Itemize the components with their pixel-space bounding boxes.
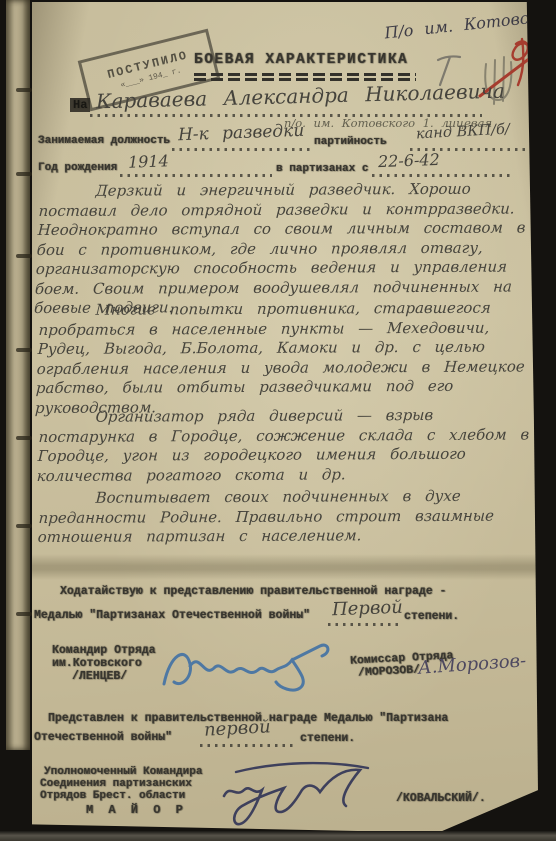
partisan-since-label: в партизанах с	[276, 163, 368, 175]
body-paragraph-3: Организатор ряда диверсий — взрыв постар…	[36, 405, 532, 486]
pencil-red-annotation-marks	[420, 30, 550, 125]
name-prefix: На	[70, 98, 90, 112]
stitch-mark	[16, 524, 32, 528]
birth-year-value: 1914	[128, 151, 169, 171]
stitch-mark	[16, 348, 32, 352]
dotted-line	[328, 623, 400, 626]
body-paragraph-1: Дерзкий и энергичный разведчик. Хорошо п…	[34, 179, 533, 318]
paper-shadow-band	[32, 554, 540, 580]
dotted-line	[372, 174, 512, 177]
body-paragraph-2: Многие попытки противника, старавшегося …	[34, 298, 532, 418]
party-value: канд ВКП/б/	[416, 122, 511, 143]
dotted-line	[120, 174, 272, 177]
stitch-mark	[16, 172, 32, 176]
stitch-mark	[16, 254, 32, 258]
party-label: партийность	[314, 136, 387, 148]
title-underline	[194, 78, 416, 81]
commissar-name: /МОРОЗОВ/	[358, 663, 421, 679]
petition-line-2: Медалью "Партизанах Отечественной войны"	[34, 609, 310, 622]
document-page: ПОСТУПИЛО «___» 194_ г. П/о им. Котовско…	[32, 2, 540, 836]
scanned-document-photo: { "colors": { "paper": "#c9bf9e", "typed…	[0, 0, 556, 841]
dotted-line	[172, 148, 310, 151]
petition-degree-handwritten: Первой	[332, 597, 403, 620]
petition2-line-2: Отечественной войны"	[34, 731, 172, 744]
binding-edge	[6, 0, 30, 750]
petition-line-1: Ходатайствую к представлению правительст…	[60, 585, 446, 598]
document-title: БОЕВАЯ ХАРАКТЕРИСТИКА	[194, 52, 408, 68]
scan-bottom-edge	[0, 831, 556, 841]
authorizer-rank: М А Й О Р	[86, 803, 187, 817]
birth-year-label: Год рождения	[38, 162, 117, 174]
authorizer-line-2: Соединения партизанских	[40, 778, 192, 790]
position-value: Н-к разведки	[178, 121, 305, 145]
authorizer-name: /КОВАЛЬСКИЙ/.	[396, 792, 486, 805]
commander-title-line-1: Командир Отряда	[52, 644, 156, 657]
petition-degree-word: степени.	[404, 610, 459, 623]
stitch-mark	[16, 88, 32, 92]
dotted-line	[200, 744, 296, 747]
authorizer-line-1: Уполномоченный Командира	[44, 766, 202, 778]
stitch-mark	[16, 436, 32, 440]
commander-signature	[150, 638, 350, 700]
body-paragraph-4: Воспитывает своих подчиненных в духе пре…	[37, 486, 532, 547]
commander-name: /ЛЕНЦЕВ/	[72, 670, 127, 683]
position-label: Занимаемая должность	[38, 135, 170, 147]
stitch-mark	[16, 612, 32, 616]
petition2-degree-word: степени.	[300, 732, 355, 745]
title-underline	[194, 73, 416, 76]
petition2-degree-handwritten: первой	[203, 716, 271, 740]
authorizer-signature	[196, 760, 386, 830]
authorizer-line-3: Отрядов Брест. области	[40, 790, 185, 802]
commander-title-line-2: им.Котовского	[52, 657, 142, 670]
partisan-since-value: 22-6-42	[378, 150, 440, 171]
